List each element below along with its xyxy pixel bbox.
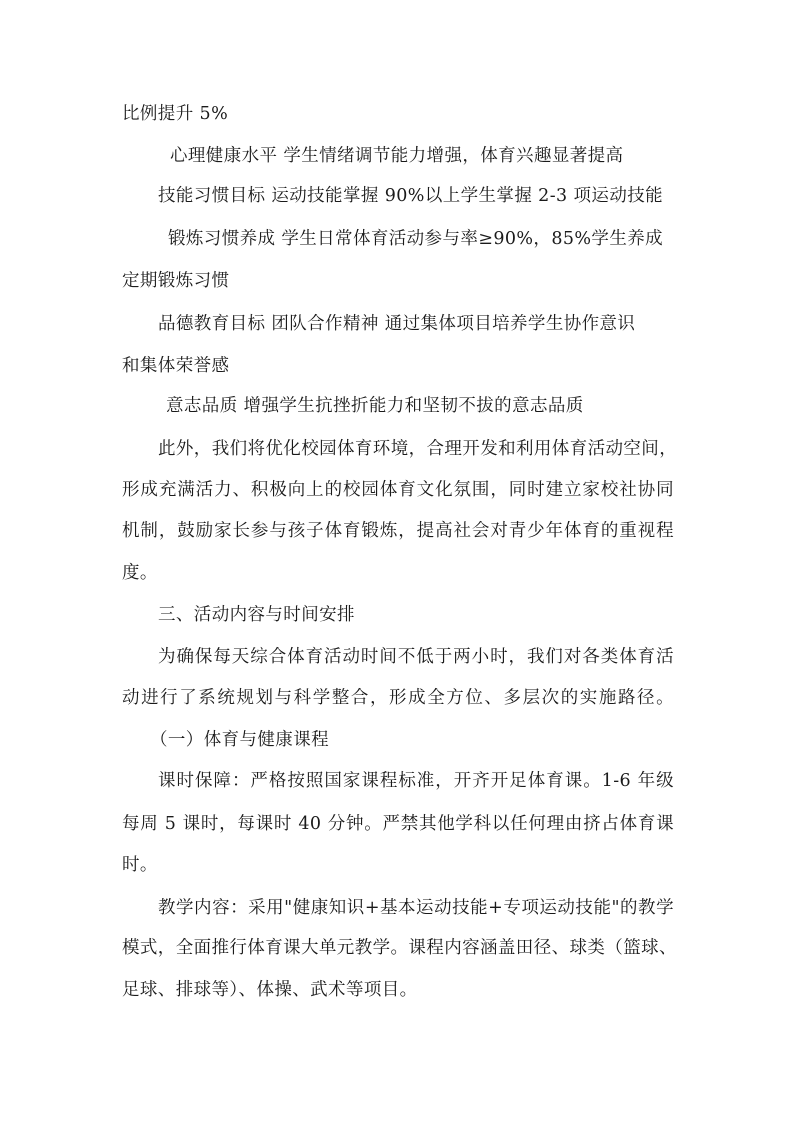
text-line: 三、活动内容与时间安排 — [158, 605, 355, 625]
text-line: 定期锻炼习惯 — [122, 271, 229, 291]
text-line: 动进行了系统规划与科学整合，形成全方位、多层次的实施路径。 — [122, 688, 674, 708]
text-line: 足球、排球等）、体操、武术等项目。 — [122, 980, 418, 1000]
text-line: 时。 — [122, 855, 158, 875]
text-line: 课时保障：严格按照国家课程标准，开齐开足体育课。1-6 年级 — [158, 771, 674, 791]
text-line: 品德教育目标 团队合作精神 通过集体项目培养学生协作意识 — [158, 314, 635, 334]
text-line: 教学内容：采用"健康知识+基本运动技能+专项运动技能"的教学 — [158, 898, 674, 918]
text-line: （一）体育与健康课程 — [150, 730, 329, 750]
text-line: 形成充满活力、积极向上的校园体育文化氛围，同时建立家校社协同 — [122, 480, 674, 500]
text-line: 度。 — [122, 563, 158, 583]
text-line: 意志品质 增强学生抗挫折能力和坚韧不拔的意志品质 — [166, 396, 584, 416]
text-line: 比例提升 5% — [122, 104, 228, 124]
text-line: 锻炼习惯养成 学生日常体育活动参与率≥90%，85%学生养成 — [168, 229, 663, 249]
text-line: 心理健康水平 学生情绪调节能力增强，体育兴趣显著提高 — [170, 146, 623, 166]
text-line: 模式，全面推行体育课大单元教学。课程内容涵盖田径、球类（篮球、 — [122, 938, 674, 958]
text-line: 机制，鼓励家长参与孩子体育锻炼，提高社会对青少年体育的重视程 — [122, 521, 674, 541]
text-line: 和集体荣誉感 — [122, 356, 229, 376]
text-line: 每周 5 课时，每课时 40 分钟。严禁其他学科以任何理由挤占体育课 — [122, 814, 674, 834]
text-line: 此外，我们将优化校园体育环境，合理开发和利用体育活动空间， — [158, 439, 674, 459]
text-line: 为确保每天综合体育活动时间不低于两小时，我们对各类体育活 — [158, 647, 674, 667]
text-line: 技能习惯目标 运动技能掌握 90%以上学生掌握 2-3 项运动技能 — [158, 186, 663, 206]
